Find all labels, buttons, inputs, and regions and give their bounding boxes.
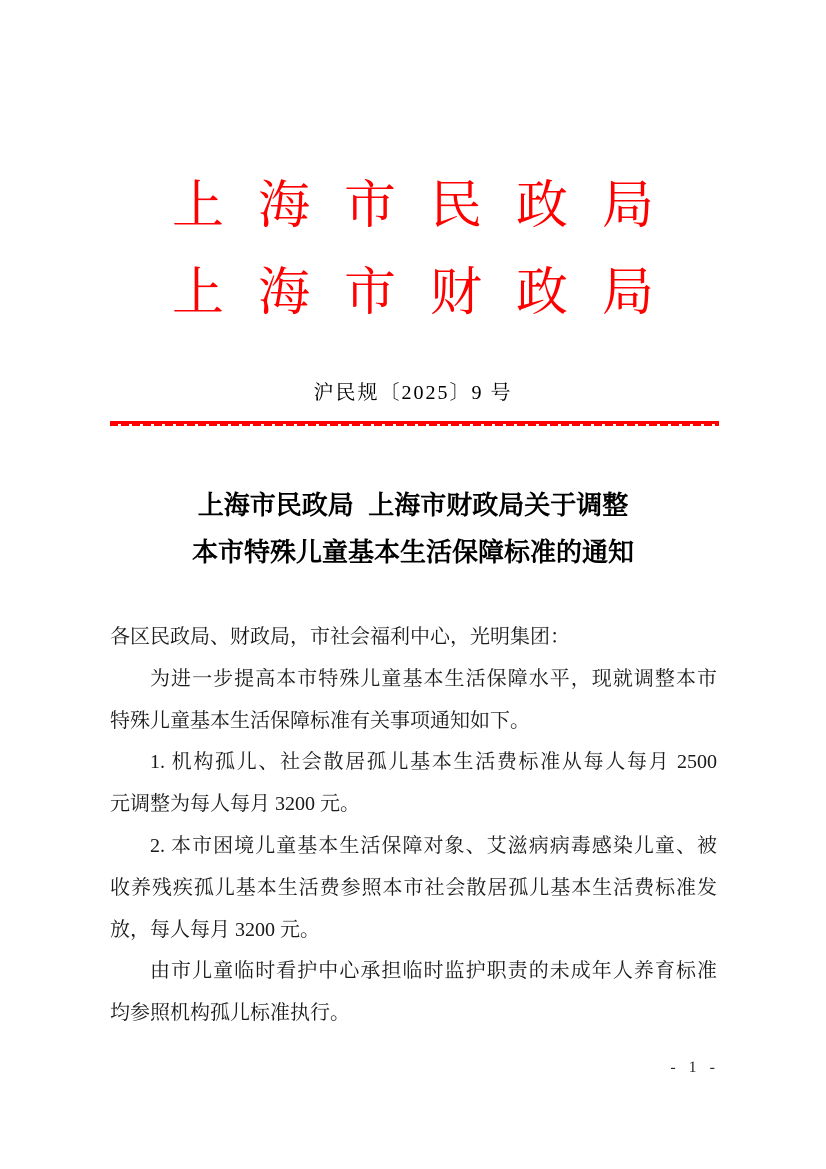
body-line: 均参照机构孤儿标准执行。 bbox=[110, 993, 717, 1035]
body-line: 放，每人每月 3200 元。 bbox=[110, 910, 717, 952]
body-line: 1. 机构孤儿、社会散居孤儿基本生活费标准从每人每月 2500 bbox=[110, 742, 717, 784]
body-line: 元调整为每人每月 3200 元。 bbox=[110, 784, 717, 826]
body-line: 由市儿童临时看护中心承担临时监护职责的未成年人养育标准 bbox=[110, 951, 717, 993]
salutation-line: 各区民政局、财政局，市社会福利中心，光明集团： bbox=[110, 617, 717, 659]
body-line: 收养残疾孤儿基本生活费参照本市社会散居孤儿基本生活费标准发 bbox=[110, 868, 717, 910]
document-title: 上海市民政局 上海市财政局关于调整 本市特殊儿童基本生活保障标准的通知 bbox=[0, 482, 826, 576]
page-number: - 1 - bbox=[670, 1059, 716, 1077]
body-line: 特殊儿童基本生活保障标准有关事项通知如下。 bbox=[110, 701, 717, 743]
red-divider-line bbox=[110, 421, 719, 426]
letterhead-agency-name-2: 上海市财政局 bbox=[0, 267, 826, 321]
letterhead-agency-name-1: 上海市民政局 bbox=[0, 180, 826, 234]
body-line: 2. 本市困境儿童基本生活保障对象、艾滋病病毒感染儿童、被 bbox=[110, 826, 717, 868]
document-body: 各区民政局、财政局，市社会福利中心，光明集团： 为进一步提高本市特殊儿童基本生活… bbox=[110, 617, 717, 1035]
document-number: 沪民规〔2025〕9 号 bbox=[0, 381, 826, 405]
title-line-2: 本市特殊儿童基本生活保障标准的通知 bbox=[0, 529, 826, 576]
document-page: 上海市民政局 上海市财政局 沪民规〔2025〕9 号 上海市民政局 上海市财政局… bbox=[0, 0, 826, 1169]
body-line: 为进一步提高本市特殊儿童基本生活保障水平，现就调整本市 bbox=[110, 659, 717, 701]
title-line-1: 上海市民政局 上海市财政局关于调整 bbox=[0, 482, 826, 529]
